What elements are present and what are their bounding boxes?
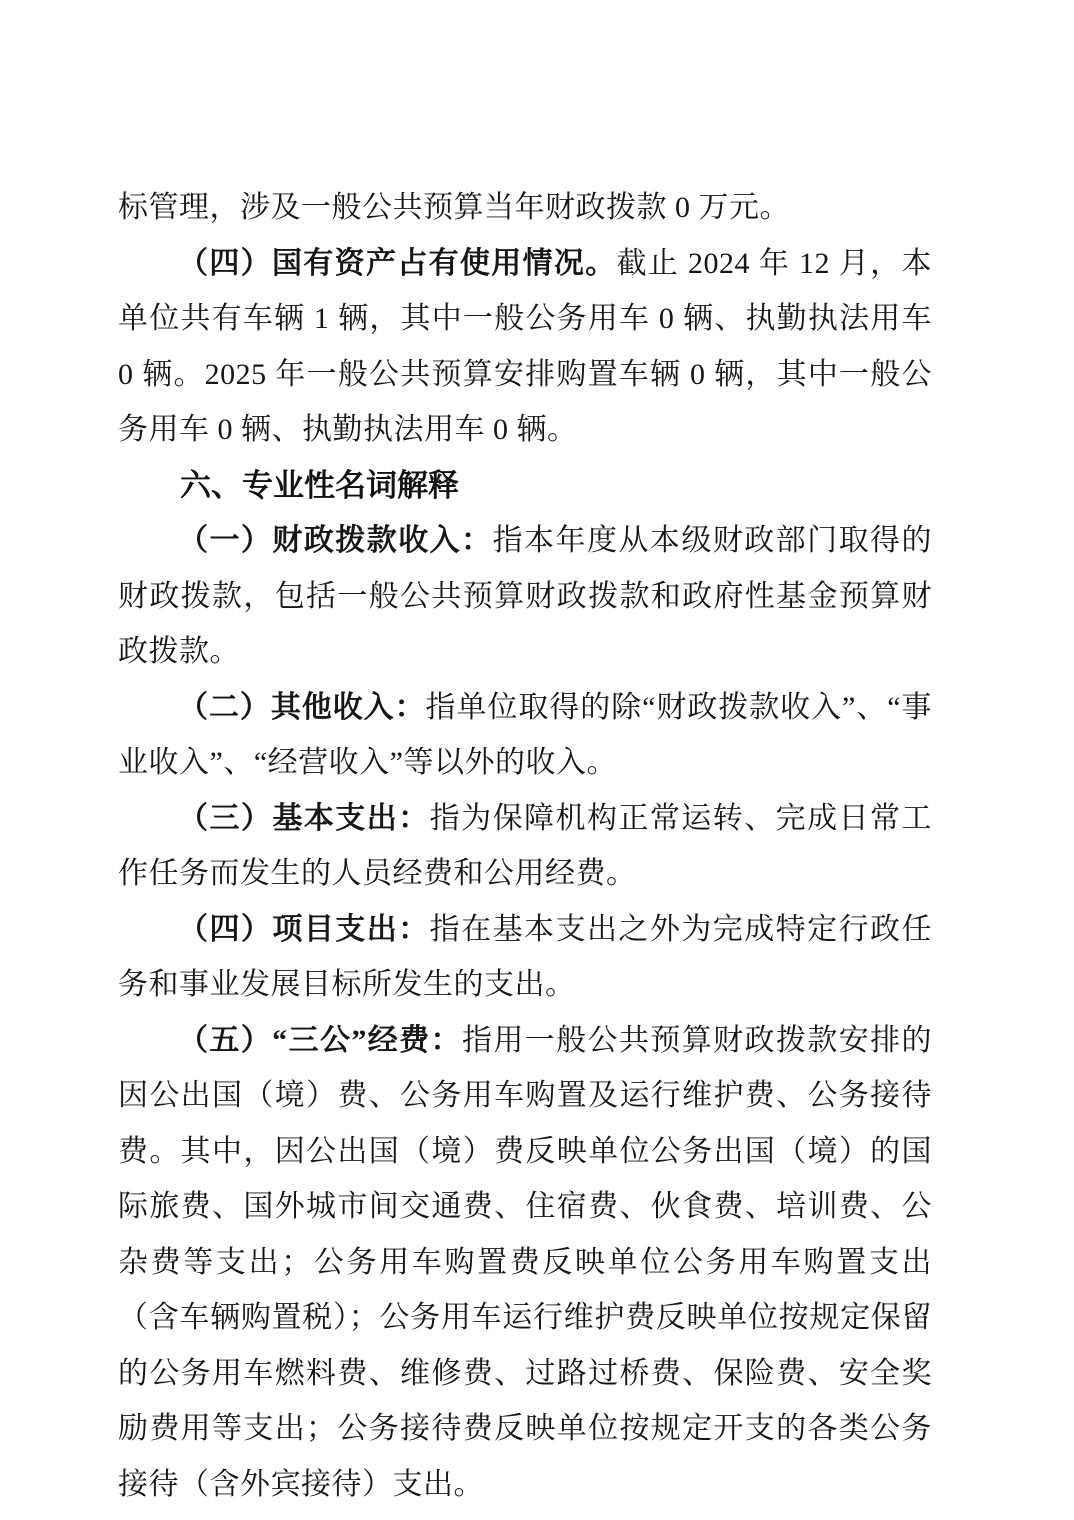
term-lead: （四）项目支出： xyxy=(178,913,430,946)
term-item-project-expenditure: （四）项目支出：指在基本支出之外为完成特定行政任务和事业发展目标所发生的支出。 xyxy=(118,902,932,1013)
paragraph-state-assets: （四）国有资产占有使用情况。截止 2024 年 12 月，本单位共有车辆 1 辆… xyxy=(118,236,932,458)
term-lead: （三）基本支出： xyxy=(178,802,430,835)
document-content: 标管理，涉及一般公共预算当年财政拨款 0 万元。 （四）国有资产占有使用情况。截… xyxy=(118,180,932,1512)
term-lead: （一）财政拨款收入： xyxy=(178,524,493,557)
term-item-other-income: （二）其他收入：指单位取得的除“财政拨款收入”、“事业收入”、“经营收入”等以外… xyxy=(118,680,932,791)
paragraph-continuation: 标管理，涉及一般公共预算当年财政拨款 0 万元。 xyxy=(118,180,932,236)
term-item-fiscal-appropriation-income: （一）财政拨款收入：指本年度从本级财政部门取得的财政拨款，包括一般公共预算财政拨… xyxy=(118,513,932,680)
term-item-basic-expenditure: （三）基本支出：指为保障机构正常运转、完成日常工作任务而发生的人员经费和公用经费… xyxy=(118,791,932,902)
section-heading: 六、专业性名词解释 xyxy=(118,458,932,514)
paragraph-lead: （四）国有资产占有使用情况。 xyxy=(178,247,617,280)
page: 标管理，涉及一般公共预算当年财政拨款 0 万元。 （四）国有资产占有使用情况。截… xyxy=(0,0,1074,1520)
term-item-three-public-funds: （五）“三公”经费：指用一般公共预算财政拨款安排的因公出国（境）费、公务用车购置… xyxy=(118,1013,932,1513)
term-body: 指用一般公共预算财政拨款安排的因公出国（境）费、公务用车购置及运行维护费、公务接… xyxy=(118,1024,932,1501)
term-lead: （五）“三公”经费： xyxy=(178,1024,462,1057)
term-lead: （二）其他收入： xyxy=(178,691,426,724)
